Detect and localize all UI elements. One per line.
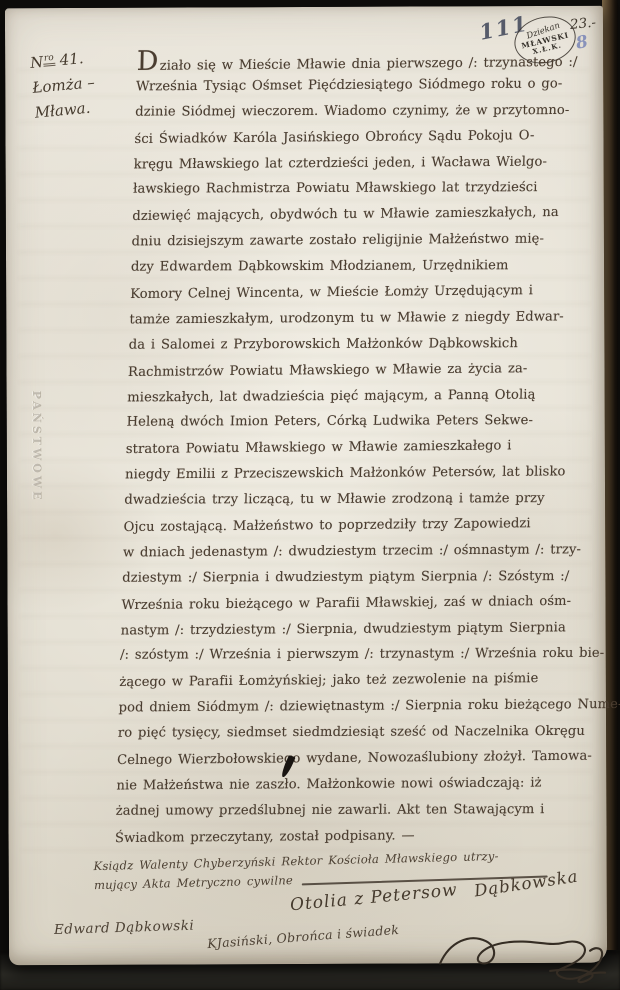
page-number-ink: 23.- <box>569 15 596 33</box>
act-line: ści Świadków Karóla Jasińskiego Obrońcy … <box>134 122 620 152</box>
archive-embossed-watermark: PAŃSTWOWE <box>30 391 43 503</box>
act-line: dniu dzisiejszym zawarte zostało religij… <box>131 226 618 255</box>
act-line: pod dniem Siódmym /: dziewiętnastym :/ S… <box>118 692 605 721</box>
act-line: Września Tysiąc Ośmset Pięćdziesiątego S… <box>136 71 620 100</box>
act-line: Ojcu zostającą. Małżeństwo to poprzedził… <box>123 510 610 540</box>
act-line: Rachmistrzów Powiatu Mławskiego w Mławie… <box>128 355 615 385</box>
act-line: dwadzieścia trzy liczącą, tu w Mławie zr… <box>124 486 611 514</box>
act-line: mieszkałych, lat dwadzieścia pięć mający… <box>127 382 614 411</box>
act-line: dziestym :/ Sierpnia i dwudziestym piąty… <box>122 564 609 592</box>
act-line: żadnej umowy przedślubnej nie zawarli. A… <box>115 797 602 825</box>
act-line: Celnego Wierzbołowskiego wydane, Nowozaś… <box>117 744 604 774</box>
scanned-register-photo: PAŃSTWOWE 111 Dziekan MŁAWSKI X.Ł.K. 23.… <box>0 0 620 990</box>
act-line: ro pięć tysięcy, siedmset siedmdziesiąt … <box>117 719 604 747</box>
act-line: stratora Powiatu Mławskiego w Mławie zam… <box>125 433 612 463</box>
act-line: nie Małżeństwa nie zaszło. Małżonkowie n… <box>116 770 603 799</box>
act-line: Działo się w Mieście Mławie dnia pierwsz… <box>136 44 620 74</box>
act-line: dzy Edwardem Dąbkowskim Młodzianem, Urzę… <box>131 253 618 281</box>
act-line: niegdy Emilii z Przeciszewskich Małżonkó… <box>125 459 612 488</box>
act-line: Heleną dwóch Imion Peters, Córką Ludwika… <box>126 408 613 436</box>
act-line: nastym /: trzydziestym :/ Sierpnia, dwud… <box>120 615 607 644</box>
act-line: kręgu Mławskiego lat czterdzieści jeden,… <box>133 149 620 178</box>
act-line: Września roku bieżącego w Parafii Mławsk… <box>121 588 608 618</box>
act-line: da i Salomei z Przyborowskich Małżonków … <box>128 331 615 359</box>
act-line: w dniach jedenastym /: dwudziestym trzec… <box>123 537 610 566</box>
act-line: Świadkom przeczytany, został podpisany. … <box>115 821 602 851</box>
margin-note: Nro 41. Łomża – Mława. <box>29 42 98 125</box>
act-line: dziewięć mających, obydwóch tu w Mławie … <box>132 200 619 230</box>
act-line: ławskiego Rachmistrza Powiatu Mławskiego… <box>133 175 620 203</box>
act-line: tamże zamieszkałym, urodzonym tu w Mławi… <box>129 304 616 333</box>
witness-signature: KJasiński, Obrońca i świadek <box>207 922 400 951</box>
act-line: /: szóstym :/ Września i pierwszym /: tr… <box>120 641 607 669</box>
groom-signature: Edward Dąbkowski <box>54 918 195 938</box>
act-line: dzinie Siódmej wieczorem. Wiadomo czynim… <box>135 98 620 126</box>
act-line: Komory Celnej Wincenta, w Mieście Łomży … <box>130 277 617 307</box>
document-page: PAŃSTWOWE 111 Dziekan MŁAWSKI X.Ł.K. 23.… <box>5 6 607 966</box>
act-body-text: Działo się w Mieście Mławie dnia pierwsz… <box>115 45 620 851</box>
act-line: żącego w Parafii Łomżyńskiej; jako też z… <box>119 666 606 696</box>
witness-flourish-signature <box>432 921 610 990</box>
